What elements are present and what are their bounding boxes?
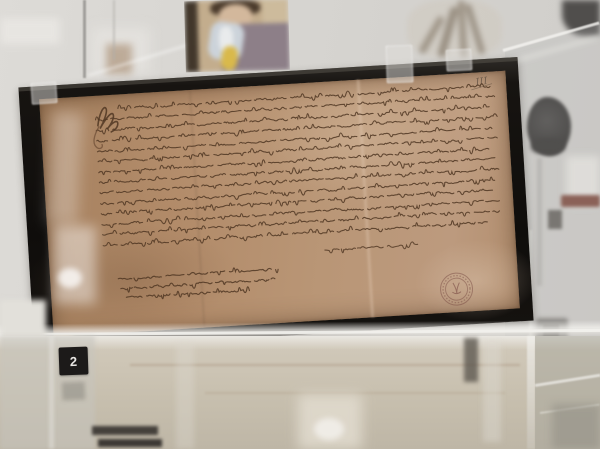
plexi-clip	[445, 48, 472, 71]
glass-glare	[58, 268, 82, 288]
address-line	[121, 277, 275, 293]
label-reflection	[62, 382, 86, 401]
glass-corner-right	[527, 336, 535, 449]
seal-emblem	[453, 283, 460, 293]
exhibit-number: 2	[70, 353, 78, 368]
table-leg	[464, 338, 478, 382]
outside-wall-bright	[0, 300, 46, 340]
floor-bright-spot	[314, 418, 344, 440]
wall-highlight	[0, 18, 60, 44]
background-painting	[184, 0, 290, 72]
glass-corner-left	[49, 336, 54, 449]
exhibit-number-label: 2	[59, 347, 89, 376]
museum-exhibit-photo: III 2	[0, 0, 600, 449]
glass-pane-edge	[83, 0, 86, 78]
floor-light-column	[483, 342, 501, 442]
floor-dark-corner	[552, 404, 600, 449]
painting-edge	[184, 1, 199, 72]
handwriting-line	[118, 82, 491, 112]
initial-letter-tail	[93, 127, 102, 149]
seal-stamp-ring	[442, 275, 471, 304]
seal-stamp-ring	[440, 272, 474, 306]
painting-blur-wrap	[184, 0, 290, 72]
address-line	[126, 286, 254, 300]
floor-dark-bar	[92, 426, 158, 435]
manuscript-parchment: III	[39, 71, 520, 337]
manuscript-text: III	[39, 71, 520, 337]
glass-glare	[54, 226, 96, 304]
framed-manuscript: III	[18, 57, 533, 351]
address-line	[118, 265, 278, 282]
signature-line	[325, 242, 418, 254]
seal-stamp-ring	[445, 277, 468, 300]
floor-dark-bar	[98, 439, 162, 447]
floor-streak	[176, 344, 194, 449]
plexi-clip	[385, 45, 413, 84]
glass-glare	[47, 111, 83, 224]
glass-pane-edge	[113, 0, 115, 60]
through-glass-floor	[0, 336, 600, 449]
plexi-clip	[30, 81, 57, 105]
